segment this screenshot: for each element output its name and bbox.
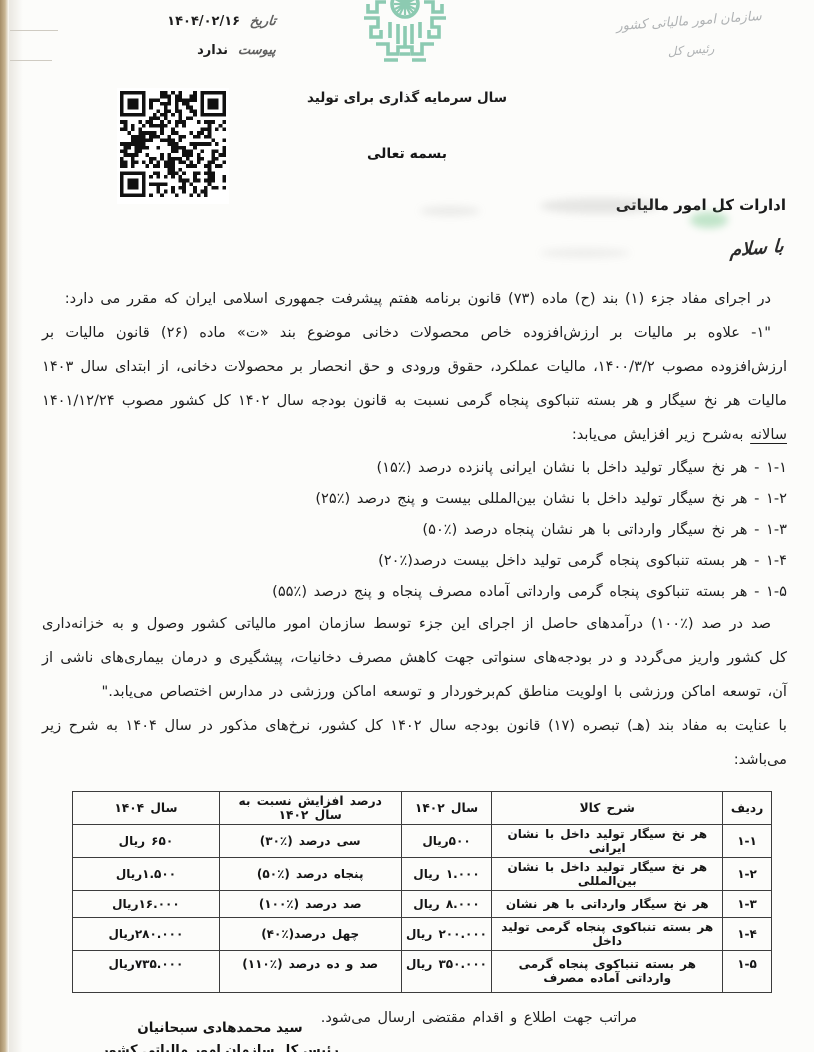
paragraph-clause1: "۱- علاوه بر مالیات بر ارزش‌افزوده خاص م…: [42, 316, 787, 452]
clause1-underlined-word: سالانه: [750, 426, 787, 443]
cell-desc: هر بسته تنباکوی پنجاه گرمی تولید داخل: [492, 918, 723, 951]
letterhead-script: سازمان امور مالیاتی کشور رئیس کل: [589, 7, 792, 64]
cell-pct: پنجاه درصد (٪۵۰): [219, 858, 401, 891]
tariff-list-item: ۱-۲ - هر نخ سیگار تولید داخل با نشان بین…: [42, 483, 787, 514]
scan-smudge: [420, 206, 480, 216]
tariff-list-item: ۱-۴ - هر بسته تنباکوی پنجاه گرمی تولید د…: [42, 545, 787, 576]
attachment-row: پیوست ندارد: [46, 43, 276, 58]
signature-title: رئیس کل سازمان امور مالیاتی کشور: [100, 1043, 340, 1052]
cell-pct: صد و ده درصد (٪۱۱۰): [219, 951, 401, 993]
rate-table-header-row: ردیفشرح کالاسال ۱۴۰۲درصد افزایش نسبت به …: [73, 792, 772, 825]
org-emblem-icon: [350, 0, 460, 70]
cell-y1404: ۱۶.۰۰۰ریال: [73, 891, 220, 918]
letter-meta: تاریخ ۱۴۰۴/۰۲/۱۶ پیوست ندارد: [46, 14, 276, 72]
table-row: ۱-۲هر نخ سیگار تولید داخل با نشان بین‌ال…: [73, 858, 772, 891]
cell-id: ۱-۲: [723, 858, 772, 891]
cell-y1402: ۲۰۰.۰۰۰ ریال: [401, 918, 492, 951]
clause1-tail: به‌شرح زیر افزایش می‌یابد:: [572, 426, 750, 443]
cell-y1402: ۱.۰۰۰ ریال: [401, 858, 492, 891]
rate-table-header: سال ۱۴۰۴: [73, 792, 220, 825]
cell-y1404: ۱.۵۰۰ریال: [73, 858, 220, 891]
cell-desc: هر نخ سیگار تولید داخل با نشان ایرانی: [492, 825, 723, 858]
tariff-list: ۱-۱ - هر نخ سیگار تولید داخل با نشان ایر…: [42, 452, 787, 607]
cell-pct: سی درصد (٪۳۰): [219, 825, 401, 858]
cell-y1402: ۸.۰۰۰ ریال: [401, 891, 492, 918]
cell-pct: صد درصد (٪۱۰۰): [219, 891, 401, 918]
letter-body: در اجرای مفاد جزء (۱) بند (ح) ماده (۷۳) …: [42, 282, 787, 1029]
paragraph-revenue: صد در صد (٪۱۰۰) درآمدهای حاصل از اجرای ا…: [42, 607, 787, 709]
rate-table-header: سال ۱۴۰۲: [401, 792, 492, 825]
org-script-line2: رئیس کل: [591, 36, 791, 64]
scan-smudge: [540, 248, 630, 258]
cell-id: ۱-۱: [723, 825, 772, 858]
rate-table-header: شرح کالا: [492, 792, 723, 825]
paragraph-intro: در اجرای مفاد جزء (۱) بند (ح) ماده (۷۳) …: [42, 282, 787, 316]
signature-block: سید محمدهادی سبحانیان رئیس کل سازمان امو…: [100, 1020, 340, 1052]
cell-y1402: ۳۵۰.۰۰۰ ریال: [401, 951, 492, 993]
slogan-line: سال سرمایه گذاری برای تولید: [0, 90, 814, 106]
attachment-value: ندارد: [197, 43, 228, 58]
rate-table-body: ۱-۱هر نخ سیگار تولید داخل با نشان ایرانی…: [73, 825, 772, 993]
date-rule: [10, 30, 58, 31]
table-row: ۱-۴هر بسته تنباکوی پنجاه گرمی تولید داخل…: [73, 918, 772, 951]
cell-desc: هر بسته تنباکوی پنجاه گرمی وارداتی آماده…: [492, 951, 723, 993]
clause1-text: "۱- علاوه بر مالیات بر ارزش‌افزوده خاص م…: [42, 324, 787, 409]
table-row: ۱-۱هر نخ سیگار تولید داخل با نشان ایرانی…: [73, 825, 772, 858]
cell-id: ۱-۵: [723, 951, 772, 993]
cell-id: ۱-۴: [723, 918, 772, 951]
signature-name: سید محمدهادی سبحانیان: [100, 1020, 340, 1036]
green-mark-smudge: [690, 212, 728, 228]
cell-y1404: ۷۳۵.۰۰۰ریال: [73, 951, 220, 993]
rate-table-header: درصد افزایش نسبت به سال ۱۴۰۲: [219, 792, 401, 825]
cell-y1402: ۵۰۰ریال: [401, 825, 492, 858]
tariff-list-item: ۱-۵ - هر بسته تنباکوی پنجاه گرمی وارداتی…: [42, 576, 787, 607]
scan-smudge: [540, 198, 660, 214]
date-value: ۱۴۰۴/۰۲/۱۶: [167, 14, 240, 29]
paragraph-reference: با عنایت به مفاد بند (هـ) تبصره (۱۷) قان…: [42, 709, 787, 777]
rate-table-header: ردیف: [723, 792, 772, 825]
tariff-list-item: ۱-۱ - هر نخ سیگار تولید داخل با نشان ایر…: [42, 452, 787, 483]
rate-table: ردیفشرح کالاسال ۱۴۰۲درصد افزایش نسبت به …: [72, 791, 772, 993]
cell-desc: هر نخ سیگار وارداتی با هر نشان: [492, 891, 723, 918]
cell-pct: چهل درصد(٪۴۰): [219, 918, 401, 951]
basmala: بسمه تعالی: [0, 146, 814, 162]
cell-y1404: ۲۸۰.۰۰۰ریال: [73, 918, 220, 951]
table-row: ۱-۳هر نخ سیگار وارداتی با هر نشان۸.۰۰۰ ر…: [73, 891, 772, 918]
attachment-label: پیوست: [237, 43, 276, 58]
attachment-rule: [10, 60, 52, 61]
date-row: تاریخ ۱۴۰۴/۰۲/۱۶: [46, 14, 276, 29]
scanned-letter-page: سازمان امور مالیاتی کشور رئیس کل: [0, 0, 814, 1052]
table-row: ۱-۵هر بسته تنباکوی پنجاه گرمی وارداتی آم…: [73, 951, 772, 993]
date-label: تاریخ: [249, 14, 276, 29]
cell-id: ۱-۳: [723, 891, 772, 918]
greeting-script: با سلام: [730, 236, 785, 262]
org-script-line1: سازمان امور مالیاتی کشور: [589, 7, 790, 36]
cell-desc: هر نخ سیگار تولید داخل با نشان بین‌الملل…: [492, 858, 723, 891]
cell-y1404: ۶۵۰ ریال: [73, 825, 220, 858]
tariff-list-item: ۱-۳ - هر نخ سیگار وارداتی با هر نشان پنج…: [42, 514, 787, 545]
